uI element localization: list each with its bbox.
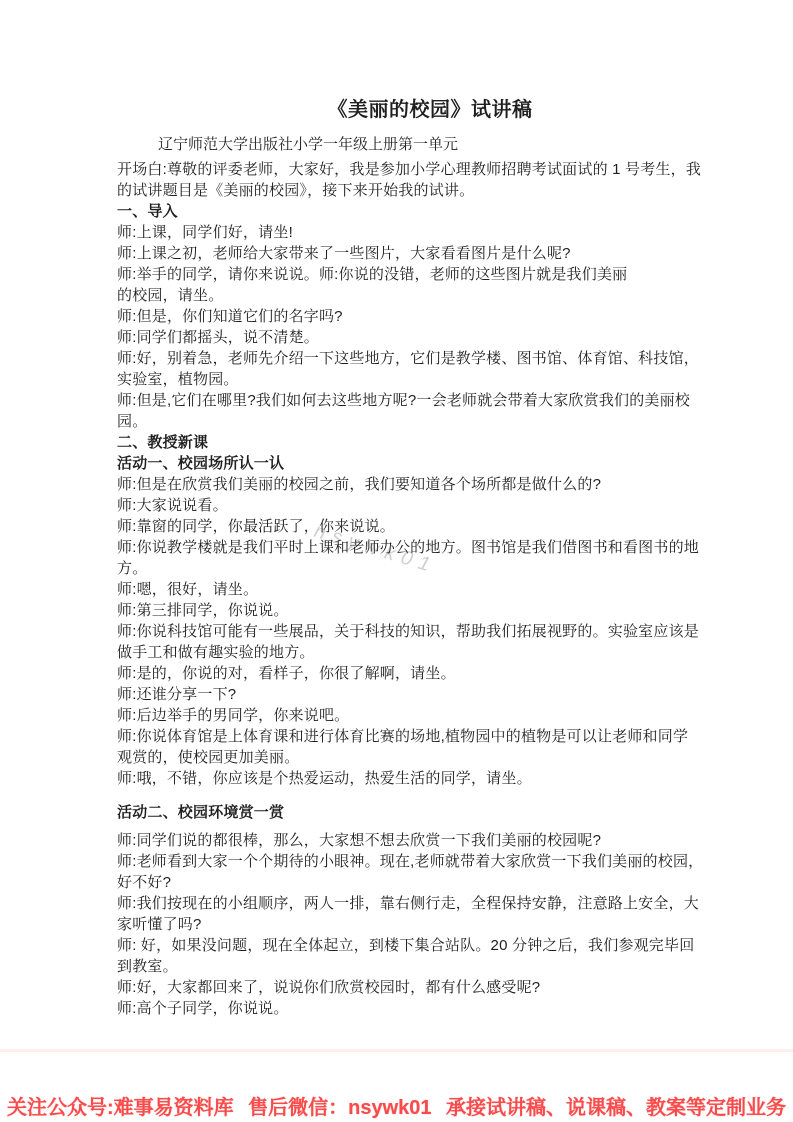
- script-line: 园。: [117, 411, 717, 432]
- script-line: 师:举手的同学，请你来说说。师:你说的没错，老师的这些图片就是我们美丽: [117, 264, 717, 285]
- script-line: 师:你说体育馆是上体育课和进行体育比赛的场地,植物园中的植物是可以让老师和同学: [117, 726, 717, 747]
- script-line: 师:我们按现在的小组顺序，两人一排，靠右侧行走，全程保持安静，注意路上安全，大: [117, 893, 717, 914]
- document-content: 开场白:尊敬的评委老师，大家好，我是参加小学心理教师招聘考试面试的 1 号考生，…: [117, 159, 717, 1019]
- script-line: 师:但是，你们知道它们的名字吗?: [117, 306, 717, 327]
- script-line: 师:你说教学楼就是我们平时上课和老师办公的地方。图书馆是我们借图书和看图书的地: [117, 537, 717, 558]
- section-heading: 二、教授新课: [117, 432, 717, 453]
- script-line: 师:同学们都摇头，说不清楚。: [117, 327, 717, 348]
- script-line: 师:你说科技馆可能有一些展品，关于科技的知识，帮助我们拓展视野的。实验室应该是: [117, 621, 717, 642]
- script-line: 家听懂了吗?: [117, 914, 717, 935]
- script-line: 开场白:尊敬的评委老师，大家好，我是参加小学心理教师招聘考试面试的 1 号考生，…: [117, 159, 717, 180]
- document-subtitle: 辽宁师范大学出版社小学一年级上册第一单元: [117, 134, 793, 155]
- script-line: 到教室。: [117, 956, 717, 977]
- script-line: 师:但是在欣赏我们美丽的校园之前，我们要知道各个场所都是做什么的?: [117, 474, 717, 495]
- script-line: 师:后边举手的男同学，你来说吧。: [117, 705, 717, 726]
- promo-footer: 关注公众号:难事易资料库 售后微信：nsywk01 承接试讲稿、说课稿、教案等定…: [7, 1091, 786, 1120]
- document-title: 《美丽的校园》试讲稿: [150, 98, 710, 122]
- script-line: 师: 好，如果没问题，现在全体起立，到楼下集合站队。20 分钟之后，我们参观完毕…: [117, 935, 717, 956]
- script-line: 师:大家说说看。: [117, 495, 717, 516]
- script-line: 师:还谁分享一下?: [117, 684, 717, 705]
- script-line: 的校园，请坐。: [117, 285, 717, 306]
- document-body: 《美丽的校园》试讲稿 辽宁师范大学出版社小学一年级上册第一单元 开场白:尊敬的评…: [0, 0, 793, 1019]
- footer-official-account: 关注公众号:难事易资料库: [7, 1091, 234, 1120]
- script-line: 观赏的，使校园更加美丽。: [117, 747, 717, 768]
- script-line: 方。: [117, 558, 717, 579]
- script-line: 做手工和做有趣实验的地方。: [117, 642, 717, 663]
- script-line: 师:上课之初，老师给大家带来了一些图片，大家看看图片是什么呢?: [117, 243, 717, 264]
- script-line: 师:好，别着急，老师先介绍一下这些地方，它们是教学楼、图书馆、体育馆、科技馆，: [117, 348, 717, 369]
- script-line: 好不好?: [117, 872, 717, 893]
- script-line: 的试讲题目是《美丽的校园》，接下来开始我的试讲。: [117, 180, 717, 201]
- footer-services: 承接试讲稿、说课稿、教案等定制业务: [446, 1091, 786, 1120]
- footer-wechat-contact: 售后微信：nsywk01: [248, 1091, 431, 1120]
- document-page: 《美丽的校园》试讲稿 辽宁师范大学出版社小学一年级上册第一单元 开场白:尊敬的评…: [0, 0, 793, 1122]
- script-line: 师:高个子同学，你说说。: [117, 998, 717, 1019]
- script-line: 师:嗯，很好，请坐。: [117, 579, 717, 600]
- script-line: 师:同学们说的都很棒，那么，大家想不想去欣赏一下我们美丽的校园呢?: [117, 830, 717, 851]
- script-line: 师:上课，同学们好，请坐!: [117, 222, 717, 243]
- script-line: 师:老师看到大家一个个期待的小眼神。现在,老师就带着大家欣赏一下我们美丽的校园，: [117, 851, 717, 872]
- script-line: 师:好，大家都回来了，说说你们欣赏校园时，都有什么感受呢?: [117, 977, 717, 998]
- faded-red-artifact: [0, 1049, 793, 1052]
- script-line: 师:但是,它们在哪里?我们如何去这些地方呢?一会老师就会带着大家欣赏我们的美丽校: [117, 390, 717, 411]
- script-line: 实验室，植物园。: [117, 369, 717, 390]
- section-heading: 活动一、校园场所认一认: [117, 453, 717, 474]
- script-line: 师:第三排同学，你说说。: [117, 600, 717, 621]
- script-line: 师:靠窗的同学，你最活跃了，你来说说。: [117, 516, 717, 537]
- script-line: 师:是的，你说的对，看样子，你很了解啊，请坐。: [117, 663, 717, 684]
- section-heading: 一、导入: [117, 201, 717, 222]
- section-heading: 活动二、校园环境赏一赏: [117, 802, 717, 823]
- script-line: 师:哦，不错，你应该是个热爱运动，热爱生活的同学，请坐。: [117, 768, 717, 789]
